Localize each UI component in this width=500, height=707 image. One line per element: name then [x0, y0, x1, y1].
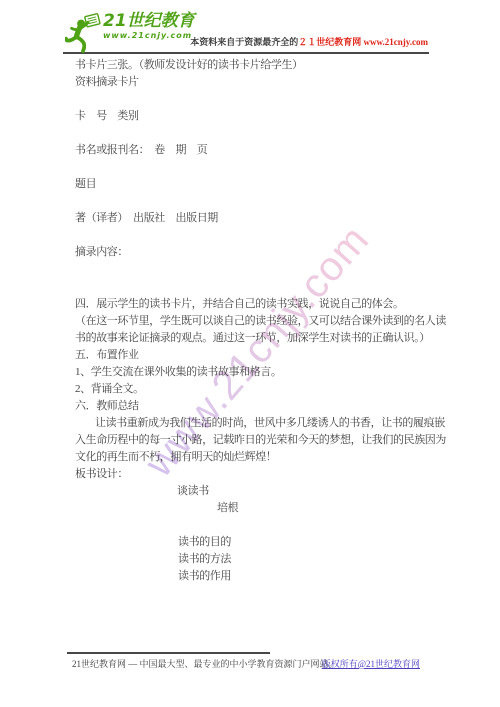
- footer-site-info: 21世纪教育网 — 中国最大型、最专业的中小学教育资源门户网站。: [72, 659, 338, 669]
- doc-line: 书名或报刊名： 卷 期 页: [75, 142, 440, 159]
- doc-line: 让读书重新成为我们生活的时尚，世风中多几缕诱人的书香，让书的履痕嵌: [75, 415, 440, 432]
- document-body: 书卡片三张。（教师发设计好的读书卡片给学生） 资料摘录卡片 卡 号 类别 书名或…: [75, 57, 440, 585]
- tagline-url: www.21cnjy.com: [361, 37, 428, 47]
- logo-brand-text: 21世纪教育: [103, 11, 195, 31]
- doc-line: 书卡片三张。（教师发设计好的读书卡片给学生）: [75, 57, 440, 74]
- logo-site-url: www.21cnjy.com: [103, 31, 195, 41]
- doc-line: 入生命历程中的每一寸小路，记载昨日的光荣和今天的梦想，让我们的民族因为: [75, 432, 440, 449]
- tagline-prefix: 本资料来自于资源最齐全的: [190, 37, 298, 47]
- doc-line: 摘录内容：: [75, 244, 440, 261]
- doc-line: （在这一环节里，学生既可以谈自己的读书经验，又可以结合课外读到的名人读: [75, 313, 440, 330]
- doc-line: 卡 号 类别: [75, 108, 440, 125]
- footer-divider: [67, 652, 270, 654]
- doc-line: 文化的再生而不朽，拥有明天的灿烂辉煌！: [75, 449, 440, 466]
- tagline-brand: ２１世纪教育网: [298, 37, 361, 47]
- board-point: 读书的目的: [75, 534, 440, 551]
- site-logo: 21世纪教育 www.21cnjy.com: [65, 11, 195, 60]
- doc-line: 题目: [75, 176, 440, 193]
- doc-line: 1、学生交流在课外收集的读书故事和格言。: [75, 364, 440, 381]
- board-author: 培根: [75, 500, 440, 517]
- copyright-link[interactable]: 版权所有@21世纪教育网: [322, 658, 420, 670]
- doc-line: 资料摘录卡片: [75, 74, 440, 91]
- doc-line: 四．展示学生的读书卡片，并结合自己的读书实践，说说自己的体会。: [75, 296, 440, 313]
- doc-line: 六．教师总结: [75, 398, 440, 415]
- board-point: 读书的方法: [75, 551, 440, 568]
- doc-line: 2、背诵全文。: [75, 381, 440, 398]
- doc-line: 著（译者） 出版社 出版日期: [75, 210, 440, 227]
- document-page: 21世纪教育 www.21cnjy.com 本资料来自于资源最齐全的２１世纪教育…: [0, 0, 500, 707]
- running-student-icon: [65, 13, 101, 60]
- doc-line: 书的故事来论证摘录的观点。通过这一环节，加深学生对读书的正确认识。）: [75, 330, 440, 347]
- header-tagline: 本资料来自于资源最齐全的２１世纪教育网 www.21cnjy.com: [190, 37, 428, 48]
- doc-line: 板书设计：: [75, 466, 440, 483]
- header: 21世纪教育 www.21cnjy.com 本资料来自于资源最齐全的２１世纪教育…: [63, 11, 429, 54]
- board-title: 谈读书: [75, 483, 440, 500]
- board-point: 读书的作用: [75, 568, 440, 585]
- doc-line: 五．布置作业: [75, 347, 440, 364]
